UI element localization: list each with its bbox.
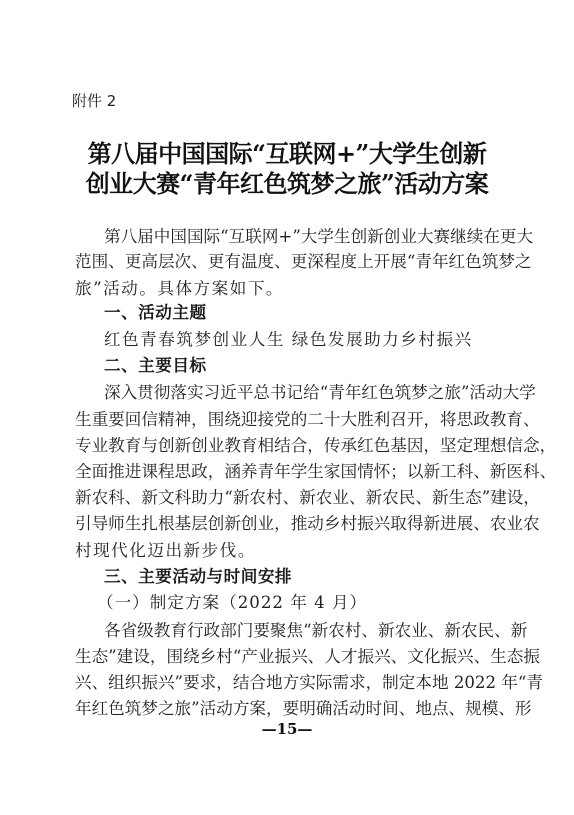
subsection-heading-plan: （一）制定方案（2022 年 4 月）	[97, 595, 367, 612]
intro-line: 范围、更高层次、更有温度、更深程度上开展“青年红色筑梦之	[75, 254, 500, 271]
plan-line: 各省级教育行政部门要聚焦“新农村、新农业、新农民、新	[104, 623, 500, 640]
page-number: —15—	[0, 722, 574, 737]
goals-line: 专业教育与创新创业教育相结合，传承红色基因，坚定理想信念，	[75, 438, 500, 455]
goals-line: 深入贯彻落实习近平总书记给“青年红色筑梦之旅”活动大学	[104, 385, 500, 402]
goals-line: 新农科、新文科助力“新农村、新农业、新农民、新生态”建设，	[75, 490, 500, 507]
goals-line: 引导师生扎根基层创新创业，推动乡村振兴取得新进展、农业农	[75, 516, 500, 533]
intro-line: 旅”活动。具体方案如下。	[75, 281, 500, 298]
document-title-line-1: 第八届中国国际“互联网+”大学生创新	[0, 142, 574, 166]
section-heading-activities: 三、主要活动与时间安排	[104, 569, 292, 586]
document-page: 附件 2 第八届中国国际“互联网+”大学生创新 创业大赛“青年红色筑梦之旅”活动…	[0, 0, 574, 815]
document-title-line-2: 创业大赛“青年红色筑梦之旅”活动方案	[0, 172, 574, 196]
attachment-label: 附件 2	[72, 94, 116, 109]
theme-text: 红色青春筑梦创业人生 绿色发展助力乡村振兴	[104, 332, 500, 349]
plan-line: 年红色筑梦之旅”活动方案，要明确活动时间、地点、规模、形	[75, 701, 500, 718]
section-heading-theme: 一、活动主题	[104, 305, 207, 322]
section-heading-goals: 二、主要目标	[104, 358, 207, 375]
goals-line: 村现代化迈出新步伐。	[75, 543, 500, 560]
plan-line: 生态”建设，围绕乡村“产业振兴、人才振兴、文化振兴、生态振	[75, 649, 500, 666]
plan-line: 兴、组织振兴”要求，结合地方实际需求，制定本地 2022 年“青	[75, 675, 500, 692]
intro-line: 第八届中国国际“互联网+”大学生创新创业大赛继续在更大	[104, 229, 500, 246]
goals-line: 全面推进课程思政，涵养青年学生家国情怀；以新工科、新医科、	[75, 464, 500, 481]
goals-line: 生重要回信精神，围绕迎接党的二十大胜利召开，将思政教育、	[75, 412, 500, 429]
